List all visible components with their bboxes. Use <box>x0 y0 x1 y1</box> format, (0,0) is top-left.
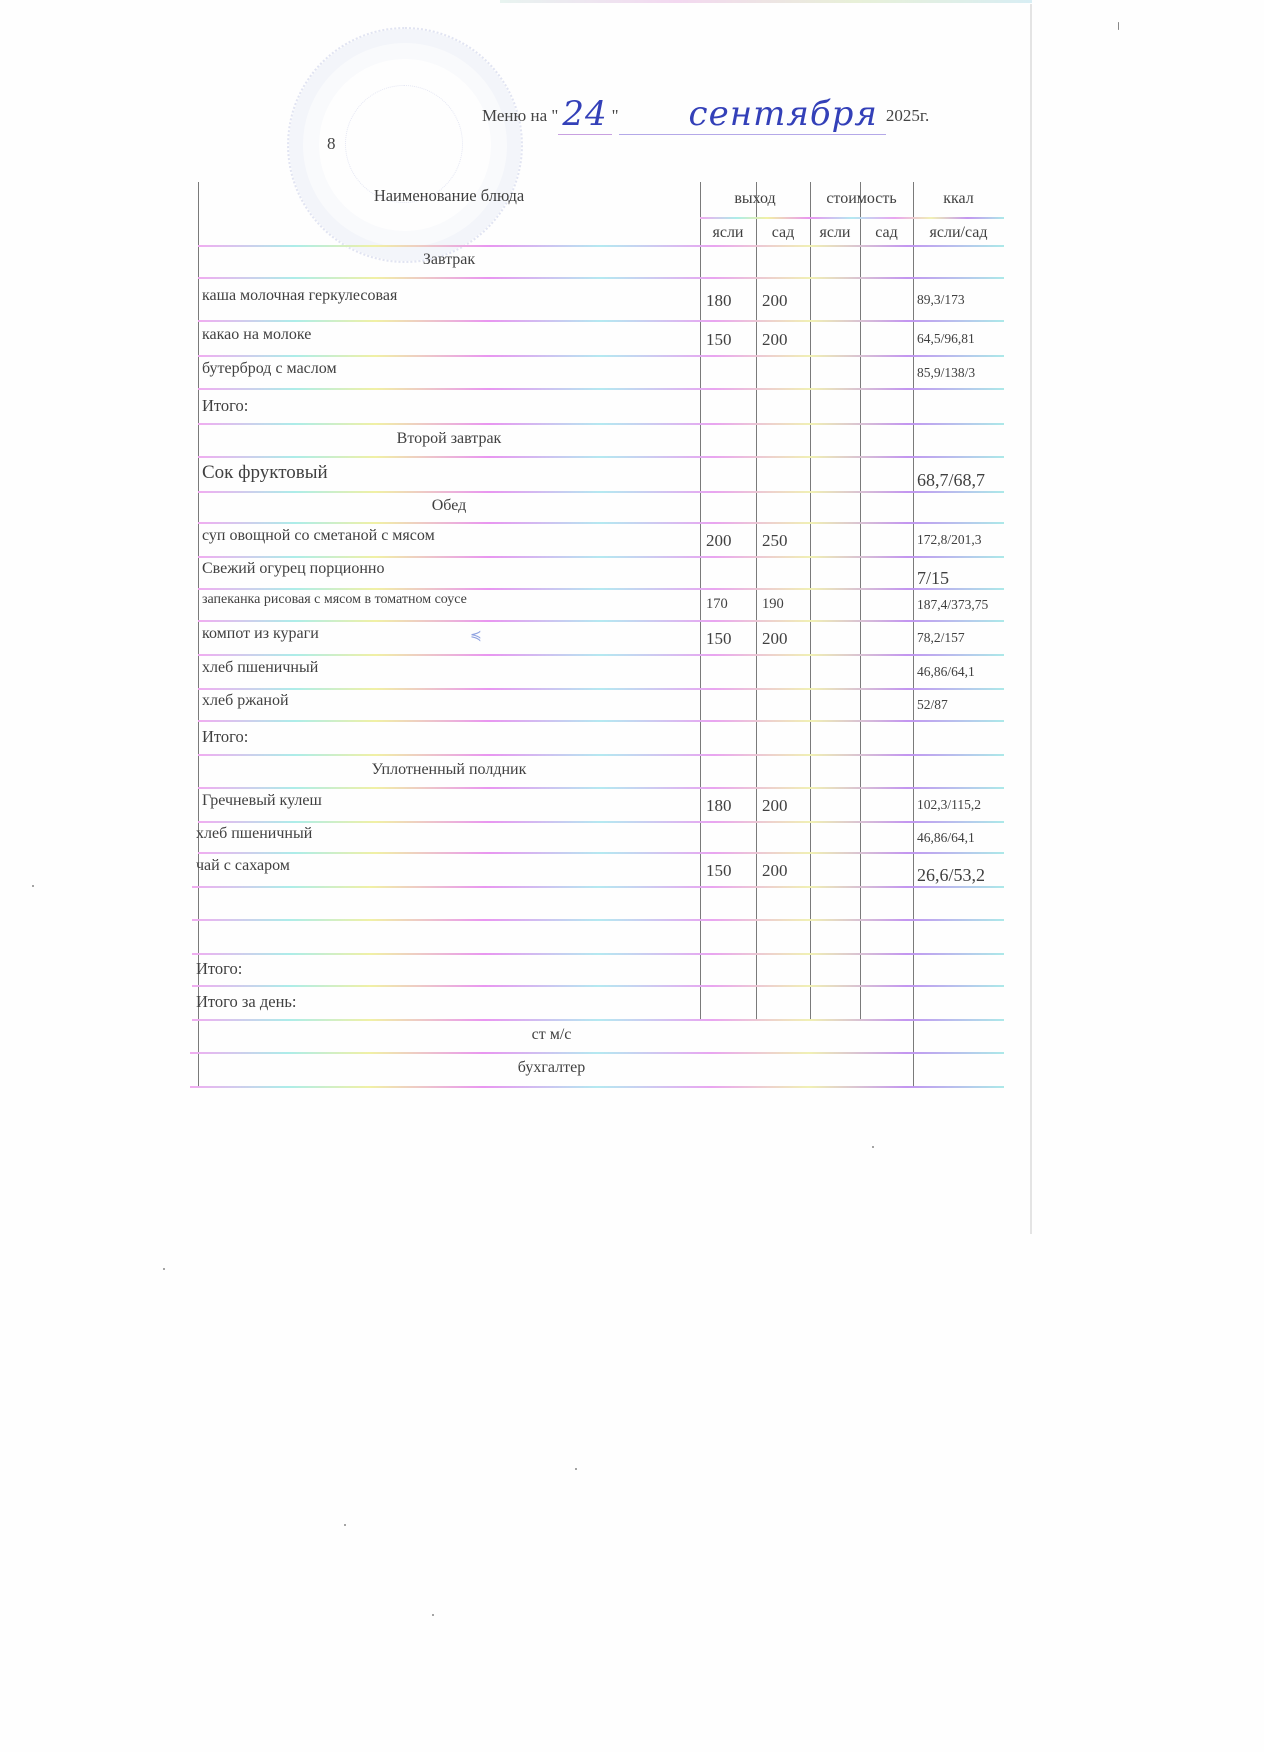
page-edge <box>500 0 1032 3</box>
dish-name: каша молочная геркулесовая <box>202 287 397 305</box>
row-divider <box>198 852 1004 854</box>
total-label: Итого: <box>196 959 242 979</box>
output-nursery: 200 <box>706 531 732 551</box>
section-heading: Уплотненный полдник <box>198 761 700 779</box>
title-year: 2025г. <box>886 106 929 125</box>
header-subcolumn: ясли <box>810 224 860 242</box>
row-divider <box>198 491 1004 493</box>
header-cost: стоимость <box>810 190 913 208</box>
scan-speck <box>1118 22 1119 30</box>
kcal-value: 89,3/173 <box>917 292 965 308</box>
section-heading: Обед <box>198 497 700 515</box>
ink-mark: ≼ <box>470 628 482 645</box>
output-garden: 200 <box>762 291 788 311</box>
column-divider <box>810 182 811 1020</box>
row-divider <box>198 787 1004 789</box>
row-divider <box>192 953 1004 955</box>
kcal-value: 52/87 <box>917 697 948 713</box>
scan-speck <box>163 1268 165 1270</box>
output-nursery: 180 <box>706 796 732 816</box>
row-divider <box>192 886 1004 888</box>
row-divider <box>190 1052 1004 1054</box>
kcal-value: 7/15 <box>917 568 949 589</box>
kcal-value: 64,5/96,81 <box>917 331 975 347</box>
handwritten-day: 24 <box>558 94 611 135</box>
row-divider <box>198 556 1004 558</box>
header-kcal: ккал <box>913 190 1004 208</box>
scan-speck <box>32 885 34 887</box>
row-divider <box>198 320 1004 322</box>
row-divider <box>198 456 1004 458</box>
output-nursery: 170 <box>706 596 728 613</box>
output-garden: 250 <box>762 531 788 551</box>
column-divider <box>860 182 861 1020</box>
page-edge <box>1030 4 1032 1234</box>
dish-name: Сок фруктовый <box>202 462 328 484</box>
kcal-value: 85,9/138/3 <box>917 365 975 381</box>
row-divider <box>192 985 1004 987</box>
dish-name: хлеб ржаной <box>202 692 289 710</box>
output-nursery: 150 <box>706 629 732 649</box>
row-divider <box>198 522 1004 524</box>
dish-name: хлеб пшеничный <box>202 659 318 677</box>
title-prefix: Меню на " <box>482 106 558 125</box>
header-subcolumn: ясли <box>700 224 756 242</box>
dish-name: чай с сахаром <box>196 857 290 875</box>
row-divider <box>198 654 1004 656</box>
dish-name: запеканка рисовая с мясом в томатном соу… <box>202 592 467 608</box>
page-number: 8 <box>327 134 336 154</box>
kcal-value: 102,3/115,2 <box>917 797 981 813</box>
header-output: выход <box>700 190 810 208</box>
row-divider <box>198 588 1004 590</box>
column-divider <box>700 182 701 1020</box>
row-divider <box>198 720 1004 722</box>
header-subcolumn: ясли/сад <box>913 224 1004 242</box>
output-nursery: 150 <box>706 861 732 881</box>
kcal-value: 46,86/64,1 <box>917 830 975 846</box>
row-divider <box>198 355 1004 357</box>
output-garden: 200 <box>762 330 788 350</box>
total-label: Итого: <box>202 396 248 416</box>
dish-name: хлеб пшеничный <box>196 825 312 843</box>
row-divider <box>198 423 1004 425</box>
signature-role: бухгалтер <box>190 1059 913 1077</box>
dish-name: компот из кураги <box>202 625 319 643</box>
output-garden: 200 <box>762 861 788 881</box>
dish-name: какао на молоке <box>202 326 311 344</box>
column-divider <box>756 182 757 1020</box>
dish-name: Гречневый кулеш <box>202 792 322 810</box>
row-divider <box>198 620 1004 622</box>
row-divider <box>700 217 1004 219</box>
kcal-value: 68,7/68,7 <box>917 470 985 491</box>
handwritten-month: сентября <box>619 94 886 135</box>
output-garden: 200 <box>762 629 788 649</box>
output-garden: 200 <box>762 796 788 816</box>
row-divider <box>192 1019 1004 1021</box>
dish-name: Свежий огурец порционно <box>202 560 384 578</box>
row-divider <box>198 688 1004 690</box>
kcal-value: 78,2/157 <box>917 630 965 646</box>
row-divider <box>198 754 1004 756</box>
header-dish-name: Наименование блюда <box>198 186 700 206</box>
header-subcolumn: сад <box>756 224 810 242</box>
column-divider <box>913 182 914 1087</box>
kcal-value: 46,86/64,1 <box>917 664 975 680</box>
dish-name: бутерброд с маслом <box>202 360 337 378</box>
document-title: Меню на "24"сентября2025г. <box>482 90 929 131</box>
row-divider <box>198 388 1004 390</box>
signature-role: ст м/с <box>190 1026 913 1044</box>
output-nursery: 150 <box>706 330 732 350</box>
row-divider <box>198 821 1004 823</box>
scan-speck <box>432 1614 434 1616</box>
kcal-value: 187,4/373,75 <box>917 597 988 613</box>
kcal-value: 26,6/53,2 <box>917 865 985 886</box>
kcal-value: 172,8/201,3 <box>917 532 982 548</box>
section-heading: Второй завтрак <box>198 430 700 448</box>
output-garden: 190 <box>762 596 784 613</box>
dish-name: суп овощной со сметаной с мясом <box>202 527 435 545</box>
row-divider <box>192 919 1004 921</box>
row-divider <box>198 277 1004 279</box>
row-divider <box>190 1086 1004 1088</box>
scan-speck <box>872 1146 874 1148</box>
scan-speck <box>575 1468 577 1470</box>
scan-speck <box>344 1524 346 1526</box>
total-label: Итого: <box>202 727 248 747</box>
output-nursery: 180 <box>706 291 732 311</box>
header-subcolumn: сад <box>860 224 913 242</box>
row-divider <box>198 245 1004 247</box>
section-heading: Завтрак <box>198 251 700 269</box>
total-label: Итого за день: <box>196 992 297 1012</box>
column-divider <box>198 182 199 1087</box>
title-quote: " <box>612 106 619 125</box>
